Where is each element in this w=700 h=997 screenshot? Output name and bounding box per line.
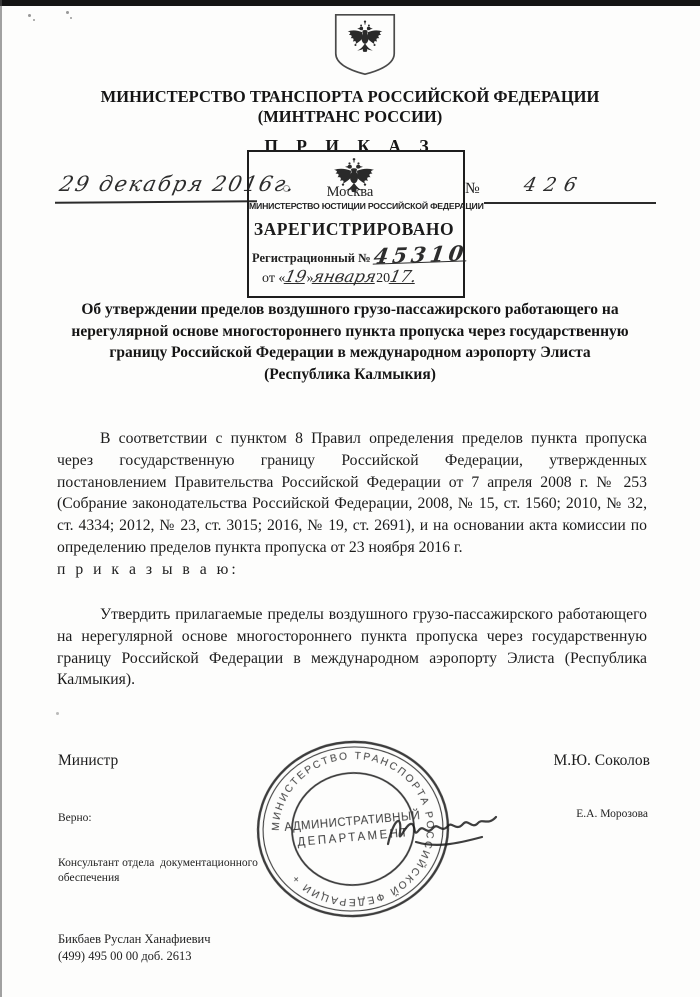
ministry-name-line1: МИНИСТЕРСТВО ТРАНСПОРТА РОССИЙСКОЙ ФЕДЕР… [0,87,700,107]
order-paragraph-2: Утвердить прилагаемые пределы воздушного… [57,604,647,691]
certifier-role: Консультант отдела документационного обе… [58,856,258,886]
scan-speck [56,712,59,715]
subject-title: Об утверждении пределов воздушного грузо… [0,299,700,385]
handwritten-day: 19 [284,271,308,284]
registration-number-line: Регистрационный № 45310 [252,248,458,266]
subject-line: границу Российской Федерации в междунаро… [0,342,700,364]
subject-line: нерегулярной основе многостороннего пунк… [0,321,700,343]
order-keyword: п р и к а з ы в а ю: [57,559,647,581]
order-paragraph-1: В соответствии с пунктом 8 Правил опреде… [57,428,647,581]
verno-label: Верно: [58,811,258,826]
ministry-name-line2: (МИНТРАНС РОССИИ) [0,107,700,127]
scan-speck [66,11,69,14]
handwritten-year: 17. [389,271,418,284]
scan-speck [70,17,72,19]
signature-scribble [384,800,502,870]
number-underline [484,202,656,204]
subject-line: (Республика Калмыкия) [0,364,700,386]
handwritten-month: января [312,271,377,284]
russian-coat-of-arms-icon [330,12,400,78]
scan-top-edge [0,0,700,6]
contact-phone: (499) 495 00 00 доб. 2613 [58,948,211,965]
scanned-order-document: { "header": { "ministry_line1": "МИНИСТЕ… [0,0,700,997]
scan-speck [33,19,35,21]
registration-number-label: Регистрационный № [252,251,374,265]
from-label: от « [262,271,285,286]
justice-stamp-coat-of-arms-icon [328,157,380,203]
order-paragraph-1-text: В соответствии с пунктом 8 Правил опреде… [57,430,647,556]
contact-block: Бикбаев Руслан Ханафиевич (499) 495 00 0… [58,931,211,964]
registered-label: ЗАРЕГИСТРИРОВАНО [249,219,459,240]
subject-line: Об утверждении пределов воздушного грузо… [0,299,700,321]
certifier-name: Е.А. Морозова [576,808,648,820]
minister-title: Министр [58,752,118,770]
order-paragraph-2-text: Утвердить прилагаемые пределы воздушного… [57,606,647,688]
contact-name: Бикбаев Руслан Ханафиевич [58,931,211,948]
registration-date-line: от «19»января2017. [262,271,458,287]
minister-name: М.Ю. Соколов [553,752,650,770]
registration-number-value: 45310 [372,246,468,264]
justice-stamp-authority: МИНИСТЕРСТВО ЮСТИЦИИ РОССИЙСКОЙ ФЕДЕРАЦИ… [249,201,459,211]
scan-speck [28,14,31,17]
certification-block: Верно: Консультант отдела документационн… [58,781,258,901]
ministry-name: МИНИСТЕРСТВО ТРАНСПОРТА РОССИЙСКОЙ ФЕДЕР… [0,87,700,126]
